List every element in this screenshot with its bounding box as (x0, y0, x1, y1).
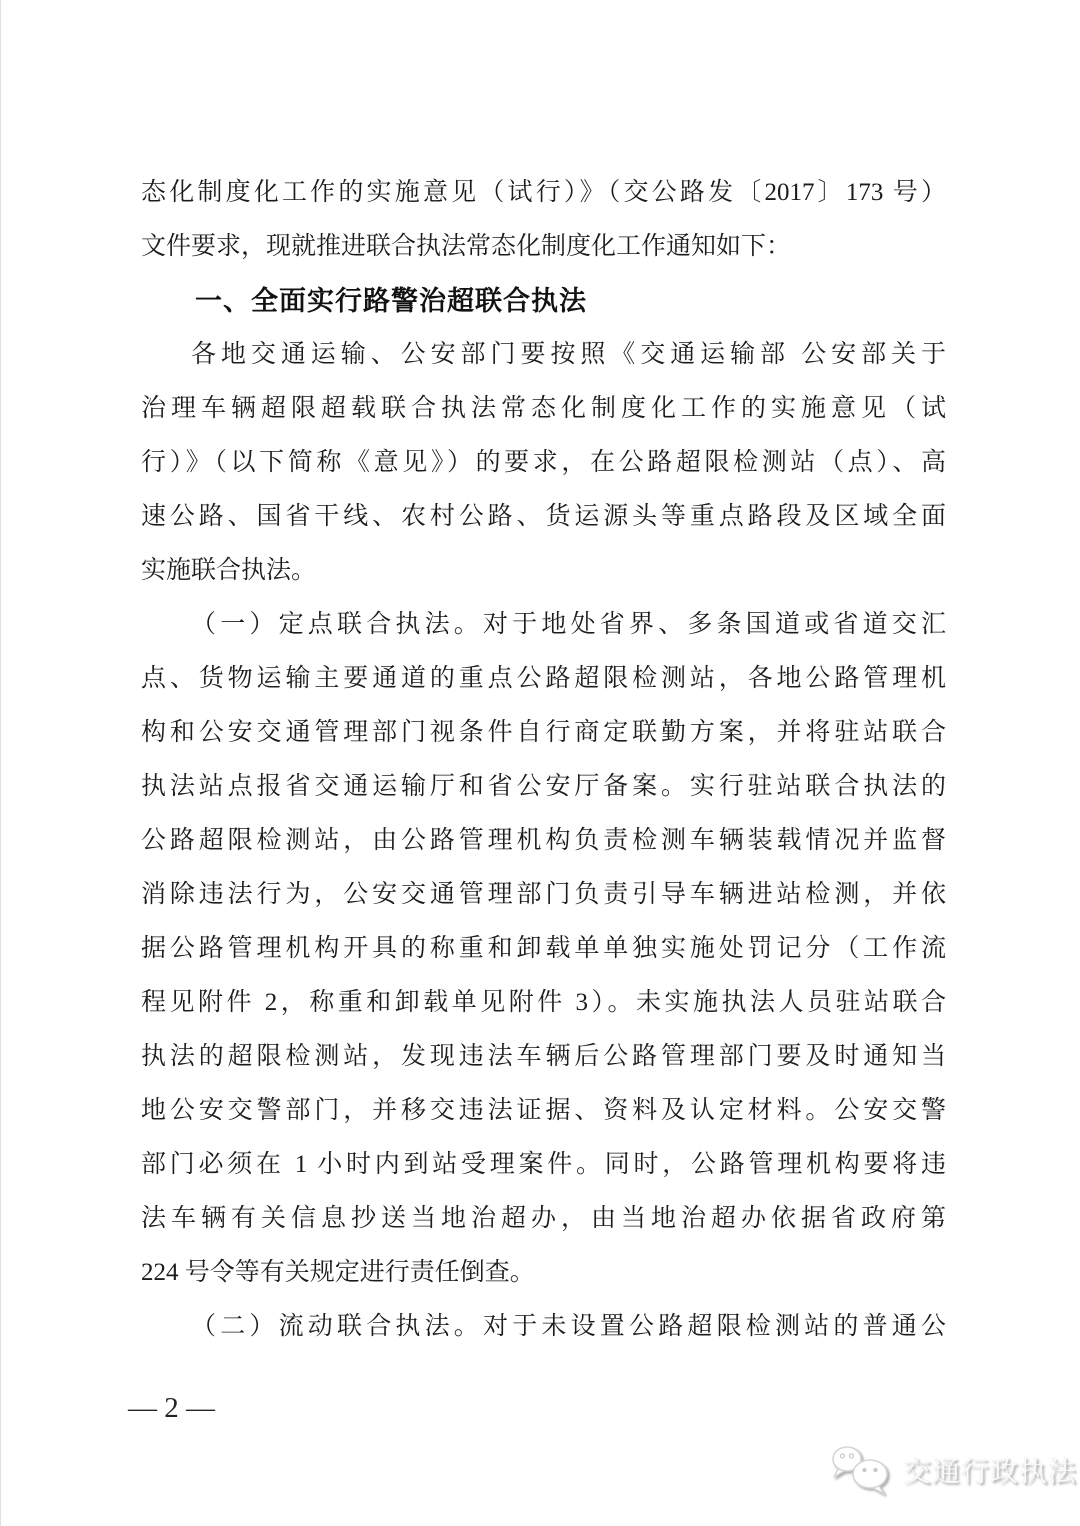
document-line: 消除违法行为，公安交通管理部门负责引导车辆进站检测，并依 (141, 868, 946, 922)
document-line: 实施联合执法。 (141, 544, 946, 598)
document-line: （一）定点联合执法。对于地处省界、多条国道或省道交汇 (141, 598, 946, 652)
document-line: 程见附件 2，称重和卸载单见附件 3）。未实施执法人员驻站联合 (141, 976, 946, 1030)
document-line: 各地交通运输、公安部门要按照《交通运输部 公安部关于 (141, 328, 946, 382)
document-line: 公路超限检测站，由公路管理机构负责检测车辆装载情况并监督 (141, 814, 946, 868)
document-line: 部门必须在 1 小时内到站受理案件。同时，公路管理机构要将违 (141, 1138, 946, 1192)
document-line: 治理车辆超限超载联合执法常态化制度化工作的实施意见（试 (141, 382, 946, 436)
document-line: 法车辆有关信息抄送当地治超办，由当地治超办依据省政府第 (141, 1192, 946, 1246)
document-line: 执法站点报省交通运输厅和省公安厅备案。实行驻站联合执法的 (141, 760, 946, 814)
wechat-icon (829, 1443, 895, 1497)
document-line: 行）》（以下简称《意见》）的要求，在公路超限检测站（点）、高 (141, 436, 946, 490)
document-line: 文件要求，现就推进联合执法常态化制度化工作通知如下： (141, 220, 946, 274)
document-line: 据公路管理机构开具的称重和卸载单单独实施处罚记分（工作流 (141, 922, 946, 976)
document-line: 速公路、国省干线、农村公路、货运源头等重点路段及区域全面 (141, 490, 946, 544)
watermark: 交通行政执法 (829, 1438, 1077, 1502)
document-line: 执法的超限检测站，发现违法车辆后公路管理部门要及时通知当 (141, 1030, 946, 1084)
page-number: — 2 — (128, 1386, 215, 1430)
document-line: 点、货物运输主要通道的重点公路超限检测站，各地公路管理机 (141, 652, 946, 706)
document-line: （二）流动联合执法。对于未设置公路超限检测站的普通公 (141, 1300, 946, 1354)
document-body: 态化制度化工作的实施意见（试行）》（交公路发〔2017〕173 号）文件要求，现… (141, 166, 946, 1354)
document-line: 地公安交警部门，并移交违法证据、资料及认定材料。公安交警 (141, 1084, 946, 1138)
document-page: 态化制度化工作的实施意见（试行）》（交公路发〔2017〕173 号）文件要求，现… (0, 0, 1080, 1526)
document-line: 构和公安交通管理部门视条件自行商定联勤方案，并将驻站联合 (141, 706, 946, 760)
section-heading: 一、全面实行路警治超联合执法 (141, 274, 946, 328)
document-line: 态化制度化工作的实施意见（试行）》（交公路发〔2017〕173 号） (141, 166, 946, 220)
watermark-label: 交通行政执法 (903, 1450, 1077, 1490)
document-line: 224 号令等有关规定进行责任倒查。 (141, 1246, 946, 1300)
